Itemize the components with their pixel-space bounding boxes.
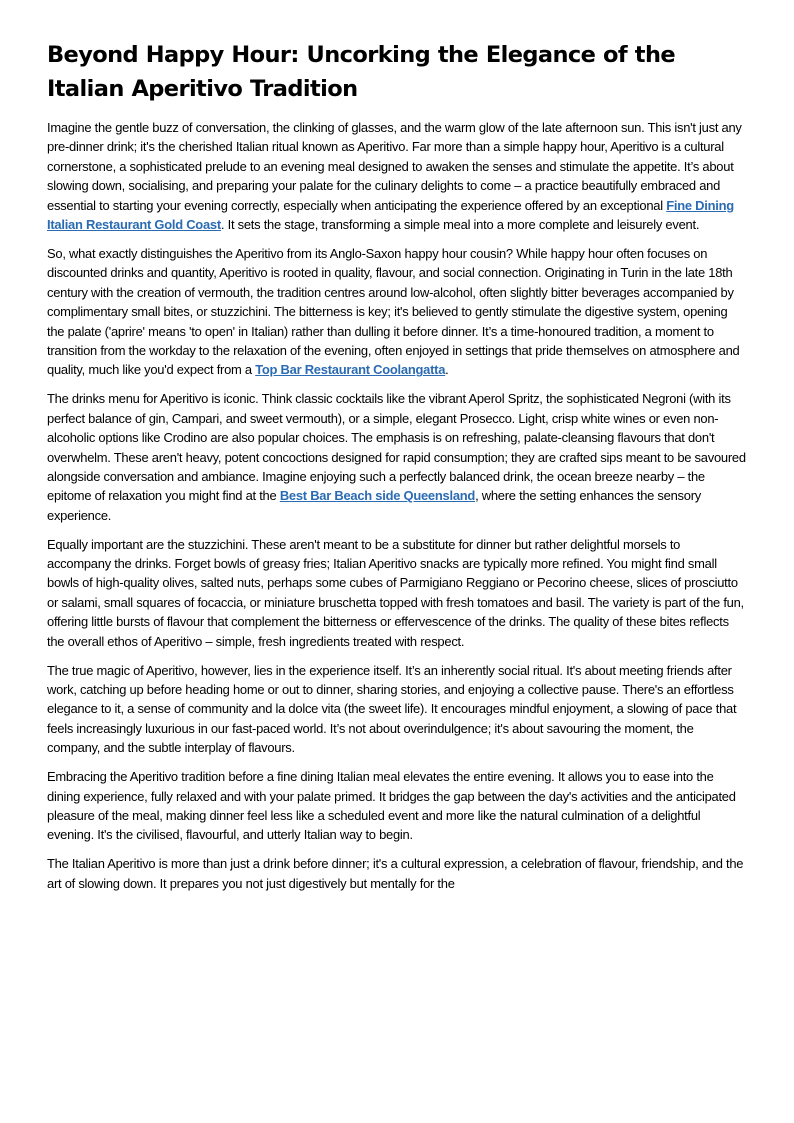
link-best-bar-beach-side-queensland[interactable]: Best Bar Beach side Queensland <box>280 488 475 503</box>
link-top-bar-restaurant-coolangatta[interactable]: Top Bar Restaurant Coolangatta <box>255 362 445 377</box>
paragraph-text: Imagine the gentle buzz of conversation,… <box>47 120 742 213</box>
document-page: Beyond Happy Hour: Uncorking the Eleganc… <box>47 38 747 903</box>
paragraph-4: Equally important are the stuzzichini. T… <box>47 535 747 651</box>
paragraph-1: Imagine the gentle buzz of conversation,… <box>47 118 747 234</box>
paragraph-3: The drinks menu for Aperitivo is iconic.… <box>47 389 747 525</box>
paragraph-text: . It sets the stage, transforming a simp… <box>221 217 699 232</box>
paragraph-5: The true magic of Aperitivo, however, li… <box>47 661 747 758</box>
paragraph-2: So, what exactly distinguishes the Aperi… <box>47 244 747 380</box>
paragraph-6: Embracing the Aperitivo tradition before… <box>47 767 747 845</box>
paragraph-text: The drinks menu for Aperitivo is iconic.… <box>47 391 746 503</box>
paragraph-text: So, what exactly distinguishes the Aperi… <box>47 246 739 377</box>
article-title: Beyond Happy Hour: Uncorking the Eleganc… <box>47 38 747 106</box>
paragraph-text: . <box>445 362 448 377</box>
paragraph-7: The Italian Aperitivo is more than just … <box>47 854 747 893</box>
